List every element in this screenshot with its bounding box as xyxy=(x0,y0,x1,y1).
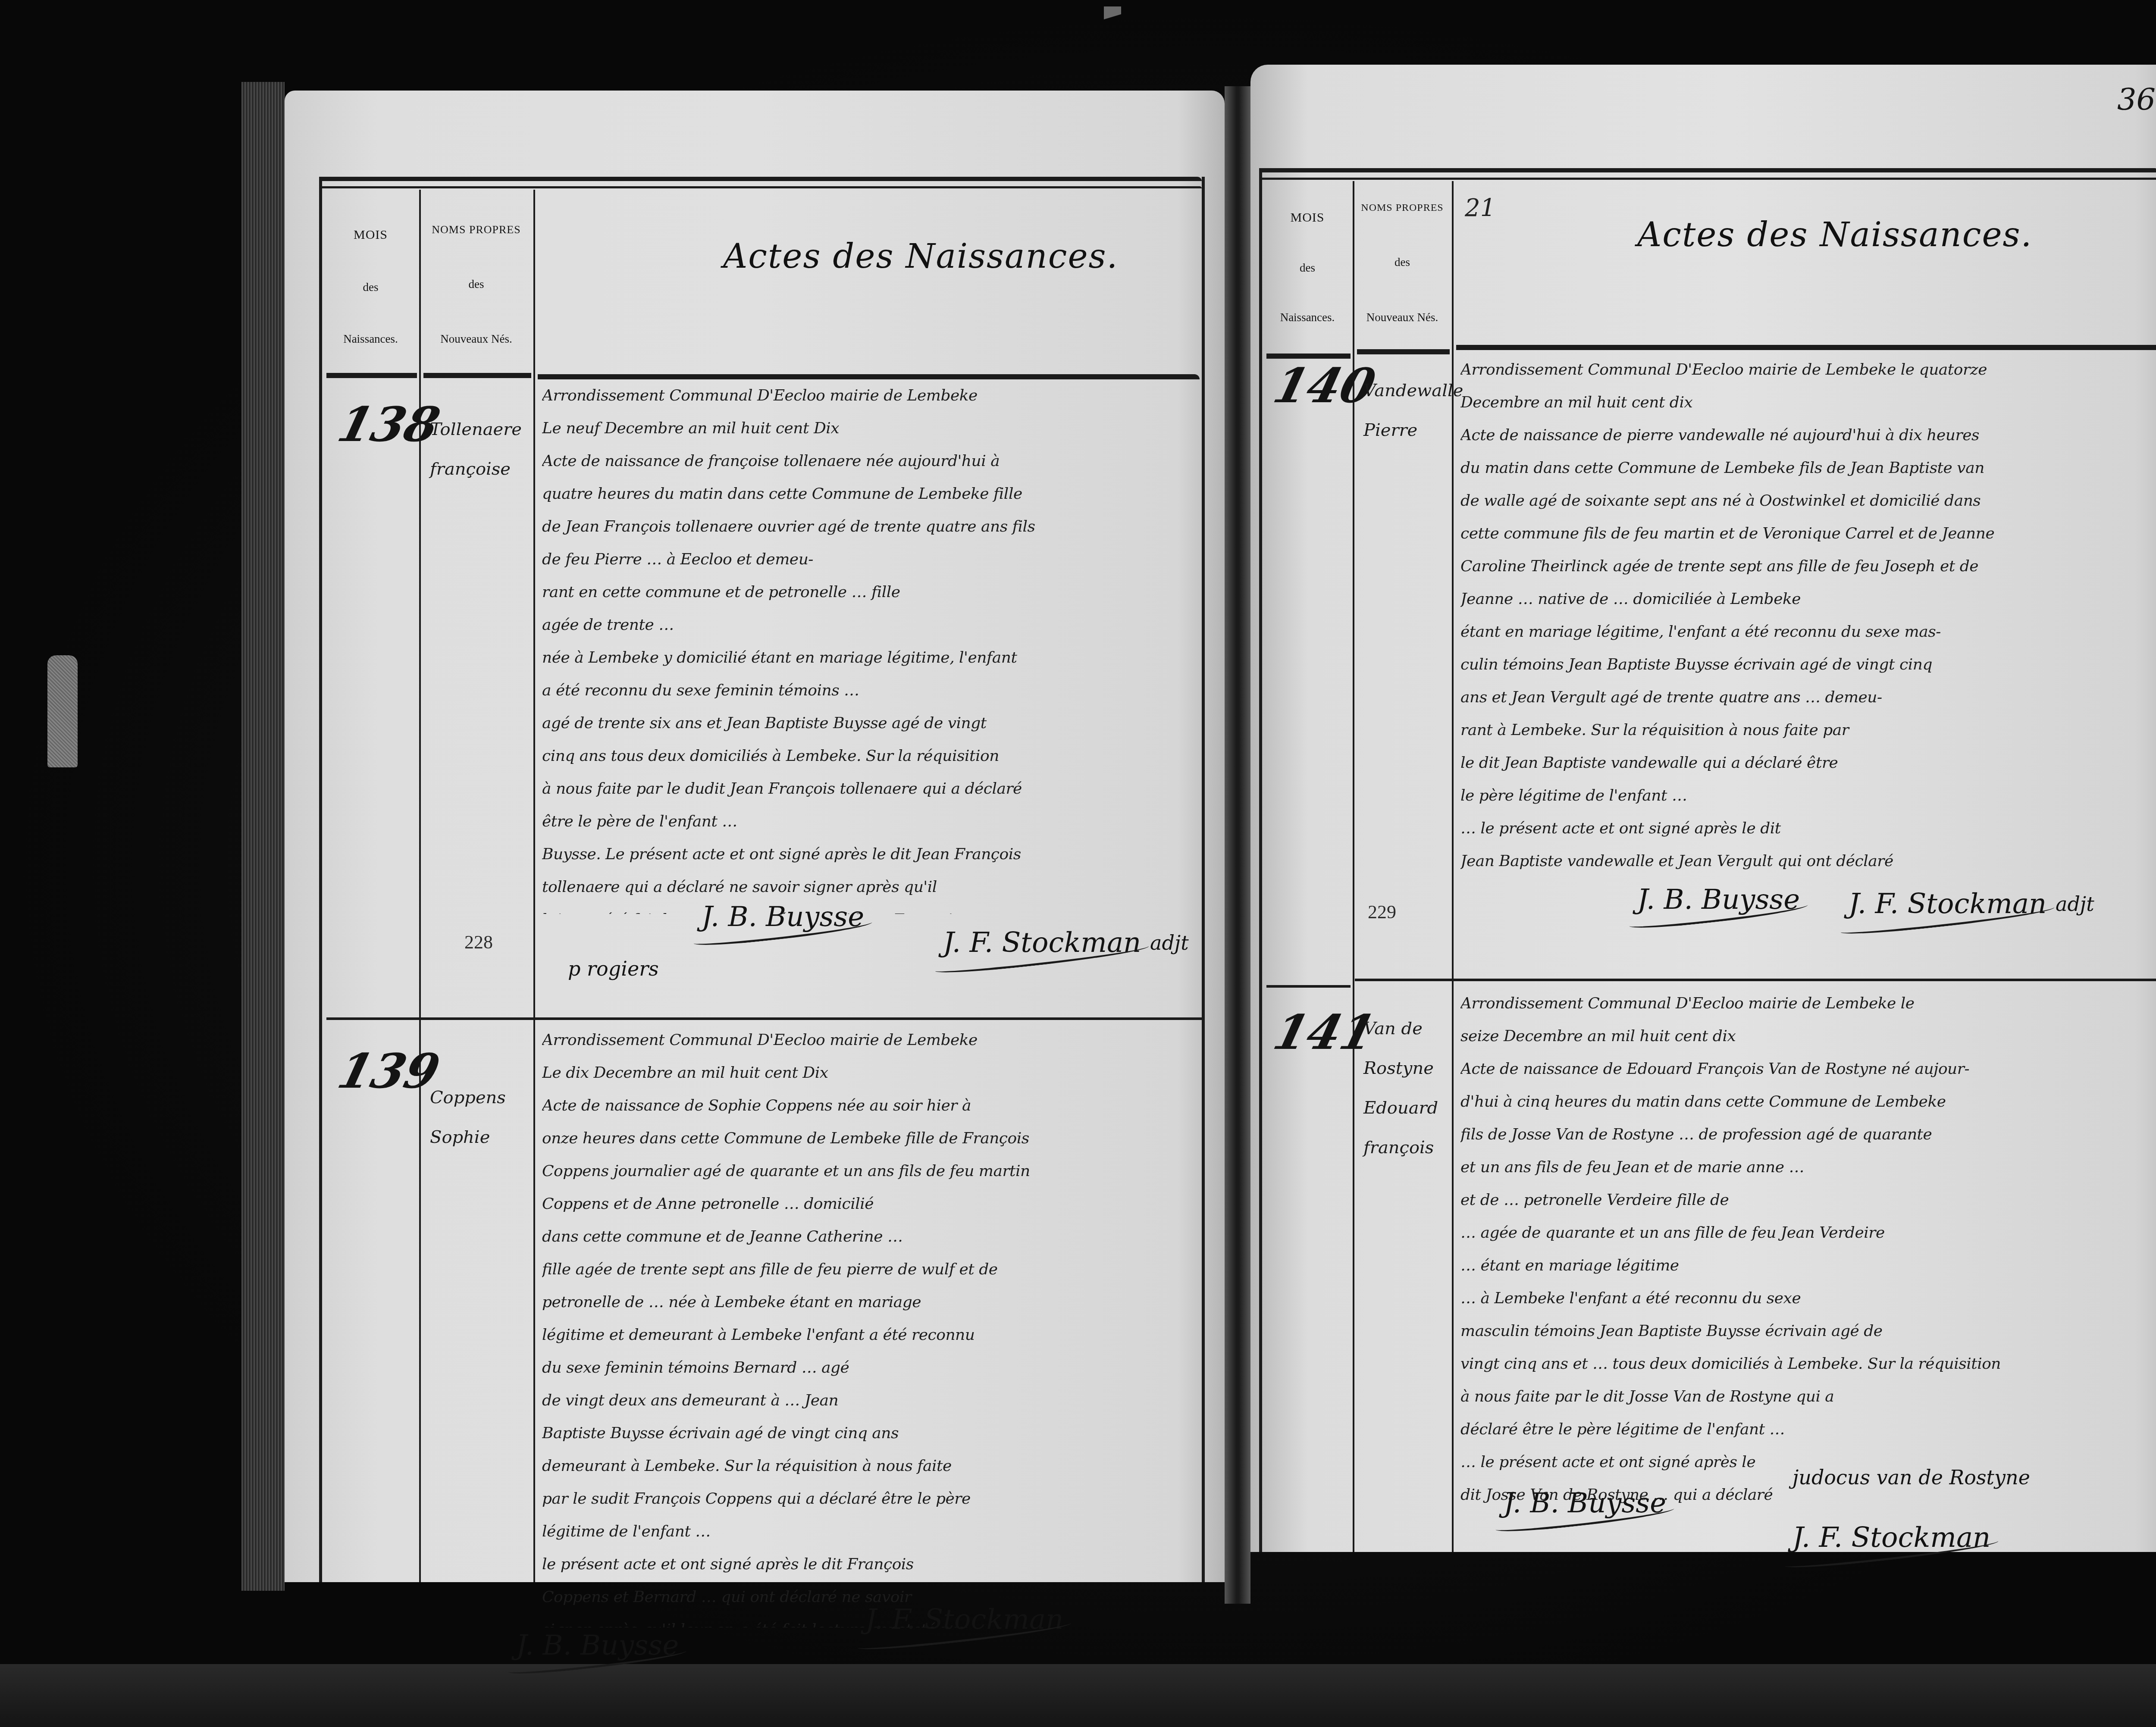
text-line: seize Decembre an mil huit cent dix xyxy=(1460,1020,2150,1053)
surname-part: Van de xyxy=(1363,1009,1438,1048)
text-line: a été reconnu du sexe feminin témoins … xyxy=(542,674,1197,707)
text-line: le père légitime de l'enfant … xyxy=(1460,779,2150,812)
margin-number: 229 xyxy=(1368,901,1396,923)
signature-buysse: J. B. Buysse xyxy=(1637,884,1800,916)
column-divider xyxy=(533,190,535,1582)
signature-suffix: adjt xyxy=(2056,892,2094,916)
text-line: cette commune fils de feu martin et de V… xyxy=(1460,517,2150,550)
header-rule xyxy=(326,373,417,378)
text-line: Arrondissement Communal D'Eecloo mairie … xyxy=(1460,354,2150,386)
text-line: dans cette commune et de Jeanne Catherin… xyxy=(542,1220,1197,1253)
header-line: Nouveaux Nés. xyxy=(1366,312,1438,323)
text-line: lui en a été fait lecture constaté par m… xyxy=(542,904,1197,914)
signature-buysse: J. B. Buysse xyxy=(1504,1487,1666,1519)
text-line: de walle agé de soixante sept ans né à O… xyxy=(1460,485,2150,517)
text-line: demeurant à Lembeke. Sur la réquisition … xyxy=(542,1450,1197,1483)
left-cloth-tab xyxy=(47,655,78,767)
top-rule xyxy=(1262,168,2156,172)
given-name: françoise xyxy=(430,449,522,489)
text-line: agée de trente … xyxy=(542,609,1197,641)
text-line: Acte de naissance de pierre vandewalle n… xyxy=(1460,419,2150,452)
surname: Tollenaere xyxy=(430,410,522,449)
text-line: fille agée de trente sept ans fille de f… xyxy=(542,1253,1197,1286)
text-line: Arrondissement Communal D'Eecloo mairie … xyxy=(542,379,1197,412)
given-name: françois xyxy=(1363,1128,1438,1167)
text-line: de Jean François tollenaere ouvrier agé … xyxy=(542,510,1197,543)
text-line: masculin témoins Jean Baptiste Buysse éc… xyxy=(1460,1315,2150,1348)
left-page-stack xyxy=(241,82,285,1591)
text-line: Acte de naissance de Edouard François Va… xyxy=(1460,1053,2150,1086)
signature-van-de-rostyne: judocus van de Rostyne xyxy=(1792,1466,2030,1489)
header-line: NOMS PROPRES xyxy=(432,224,520,235)
names-column-header: NOMS PROPRES des Nouveaux Nés. xyxy=(421,224,531,345)
signature-buysse: J. B. Buysse xyxy=(702,901,864,933)
text-line: culin témoins Jean Baptiste Buysse écriv… xyxy=(1460,648,2150,681)
newborn-name: Van de Rostyne Edouard françois xyxy=(1363,1009,1438,1167)
entry-text: Arrondissement Communal D'Eecloo mairie … xyxy=(1460,354,2150,879)
text-line: Baptiste Buysse écrivain agé de vingt ci… xyxy=(542,1417,1197,1450)
text-line: à nous faite par le dit Josse Van de Ros… xyxy=(1460,1380,2150,1413)
header-line: MOIS xyxy=(1290,211,1324,224)
text-line: ans et Jean Vergult agé de trente quatre… xyxy=(1460,681,2150,714)
signature-suffix: adjt xyxy=(1150,931,1189,954)
surname: Coppens xyxy=(430,1078,506,1117)
left-register-frame: MOIS des Naissances. NOMS PROPRES des No… xyxy=(319,177,1205,1582)
book-gutter xyxy=(1225,86,1250,1604)
top-rule xyxy=(322,177,1202,181)
text-line: onze heures dans cette Commune de Lembek… xyxy=(542,1122,1197,1155)
given-name: Pierre xyxy=(1363,410,1463,450)
text-line: rant à Lembeke. Sur la réquisition à nou… xyxy=(1460,714,2150,747)
page-title: Actes des Naissances. xyxy=(1637,216,2032,254)
header-line: MOIS xyxy=(354,228,388,241)
right-page: 36 MOIS des Naissances. NOMS PROPRES des… xyxy=(1250,65,2156,1552)
text-line: le présent acte et ont signé après le di… xyxy=(542,1548,1197,1581)
header-line: Naissances. xyxy=(343,333,398,345)
text-line: vingt cinq ans et … tous deux domiciliés… xyxy=(1460,1348,2150,1380)
header-rule xyxy=(1456,345,2156,350)
text-line: … étant en mariage légitime xyxy=(1460,1249,2150,1282)
text-line: de vingt deux ans demeurant à … Jean xyxy=(542,1384,1197,1417)
text-line: petronelle de … née à Lembeke étant en m… xyxy=(542,1286,1197,1319)
handwritten-mark: 21 xyxy=(1465,194,1495,222)
header-rule xyxy=(423,373,531,378)
text-line: rant en cette commune et de petronelle …… xyxy=(542,576,1197,609)
text-line: légitime de l'enfant … xyxy=(542,1515,1197,1548)
text-line: du matin dans cette Commune de Lembeke f… xyxy=(1460,452,2150,485)
header-line: NOMS PROPRES xyxy=(1361,203,1443,213)
header-rule xyxy=(1357,349,1450,354)
month-column-header: MOIS des Naissances. xyxy=(1264,211,1351,323)
entry-text: Arrondissement Communal D'Eecloo mairie … xyxy=(1460,987,2150,1505)
entry-number: 139 xyxy=(332,1043,445,1099)
header-line: des xyxy=(1395,257,1410,268)
header-line: des xyxy=(1300,262,1315,274)
text-line: et de … petronelle Verdeire fille de xyxy=(1460,1184,2150,1217)
entry-divider xyxy=(1266,985,1351,988)
names-column-header: NOMS PROPRES des Nouveaux Nés. xyxy=(1355,203,1450,323)
text-line: tollenaere qui a déclaré ne savoir signe… xyxy=(542,871,1197,904)
surname: Vandewalle xyxy=(1363,371,1463,410)
text-line: Jeanne … native de … domiciliée à Lembek… xyxy=(1460,583,2150,616)
text-line: le dit Jean Baptiste vandewalle qui a dé… xyxy=(1460,747,2150,779)
newborn-name: Tollenaere françoise xyxy=(430,410,522,489)
page-number: 36 xyxy=(2117,82,2156,117)
signature-stockman: J. F. Stockman xyxy=(1849,888,2046,920)
text-line: quatre heures du matin dans cette Commun… xyxy=(542,478,1197,510)
page-title: Actes des Naissances. xyxy=(723,237,1118,276)
header-line: Naissances. xyxy=(1280,312,1335,323)
text-line: Le dix Decembre an mil huit cent Dix xyxy=(542,1057,1197,1089)
text-line: déclaré être le père légitime de l'enfan… xyxy=(1460,1413,2150,1446)
newborn-name: Vandewalle Pierre xyxy=(1363,371,1463,450)
text-line: Coppens journalier agé de quarante et un… xyxy=(542,1155,1197,1188)
text-line: Le neuf Decembre an mil huit cent Dix xyxy=(542,412,1197,445)
scanner-bed xyxy=(0,1664,2156,1727)
top-rule-inner xyxy=(322,186,1202,188)
header-line: des xyxy=(363,282,379,293)
text-line: être le père de l'enfant … xyxy=(542,805,1197,838)
header-rule xyxy=(538,374,1200,379)
text-line: … à Lembeke l'enfant a été reconnu du se… xyxy=(1460,1282,2150,1315)
text-line: Jean Baptiste vandewalle et Jean Vergult… xyxy=(1460,845,2150,878)
top-rule-inner xyxy=(1262,178,2156,180)
text-line: à nous faite par le dudit Jean François … xyxy=(542,773,1197,805)
text-line: cinq ans tous deux domiciliés à Lembeke.… xyxy=(542,740,1197,773)
signature-rogiers: p rogiers xyxy=(568,957,659,980)
text-line: Caroline Theirlinck agée de trente sept … xyxy=(1460,550,2150,583)
entry-divider xyxy=(326,1017,1202,1020)
text-line: Decembre an mil huit cent dix xyxy=(1460,386,2150,419)
entry-number: 138 xyxy=(332,397,445,452)
text-line: de feu Pierre … à Eecloo et demeu- xyxy=(542,543,1197,576)
text-line: Acte de naissance de françoise tollenaer… xyxy=(542,445,1197,478)
text-line: Arrondissement Communal D'Eecloo mairie … xyxy=(1460,987,2150,1020)
text-line: née à Lembeke y domicilié étant en maria… xyxy=(542,641,1197,674)
given-name: Sophie xyxy=(430,1117,506,1157)
text-line: légitime et demeurant à Lembeke l'enfant… xyxy=(542,1319,1197,1352)
text-line: agé de trente six ans et Jean Baptiste B… xyxy=(542,707,1197,740)
header-line: Nouveaux Nés. xyxy=(440,333,512,345)
signature-buysse: J. B. Buysse xyxy=(516,1630,679,1661)
month-column-header: MOIS des Naissances. xyxy=(324,228,417,345)
surname-part: Rostyne xyxy=(1363,1048,1438,1088)
signature-stockman: J. F. Stockman xyxy=(1792,1522,1990,1554)
signature-stockman: J. F. Stockman xyxy=(943,927,1141,959)
header-line: des xyxy=(469,278,484,290)
left-page: MOIS des Naissances. NOMS PROPRES des No… xyxy=(285,91,1225,1582)
text-line: Coppens et de Anne petronelle … domicili… xyxy=(542,1188,1197,1220)
text-line: du sexe feminin témoins Bernard … agé xyxy=(542,1352,1197,1384)
text-line: … le présent acte et ont signé après le … xyxy=(1460,812,2150,845)
text-line: et un ans fils de feu Jean et de marie a… xyxy=(1460,1151,2150,1184)
text-line: étant en mariage légitime, l'enfant a ét… xyxy=(1460,616,2150,648)
margin-number: 228 xyxy=(464,931,493,953)
text-line: Buysse. Le présent acte et ont signé apr… xyxy=(542,838,1197,871)
text-line: Arrondissement Communal D'Eecloo mairie … xyxy=(542,1024,1197,1057)
text-line: fils de Josse Van de Rostyne … de profes… xyxy=(1460,1118,2150,1151)
text-line: par le sudit François Coppens qui a décl… xyxy=(542,1483,1197,1515)
text-line: Acte de naissance de Sophie Coppens née … xyxy=(542,1089,1197,1122)
entry-text: Arrondissement Communal D'Eecloo mairie … xyxy=(542,379,1197,914)
newborn-name: Coppens Sophie xyxy=(430,1078,506,1157)
right-register-frame: MOIS des Naissances. NOMS PROPRES des No… xyxy=(1259,168,2156,1552)
entry-text: Arrondissement Communal D'Eecloo mairie … xyxy=(542,1024,1197,1627)
text-line: d'hui à cinq heures du matin dans cette … xyxy=(1460,1086,2150,1118)
text-line: … agée de quarante et un ans fille de fe… xyxy=(1460,1217,2150,1249)
entry-divider xyxy=(1355,979,2156,981)
signature-stockman: J. F. Stockman xyxy=(865,1604,1063,1636)
given-name: Edouard xyxy=(1363,1088,1438,1128)
